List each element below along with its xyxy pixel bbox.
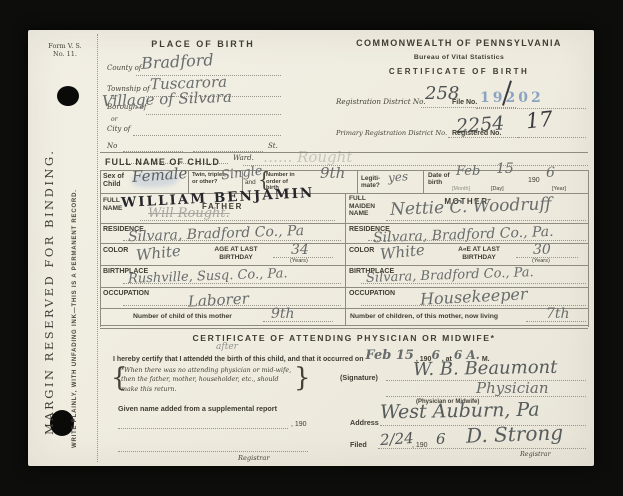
father-age-value: 34 bbox=[291, 242, 309, 258]
father-occupation-label: OCCUPATION bbox=[103, 290, 149, 298]
day-bracket-label: [Day] bbox=[491, 186, 504, 192]
bureau-subtitle: Bureau of Vital Statistics bbox=[328, 54, 590, 62]
grid-rule-7 bbox=[100, 308, 588, 309]
punch-hole-top bbox=[57, 86, 79, 106]
grid-right-border bbox=[588, 170, 589, 327]
grid-bottom-rule-a bbox=[100, 325, 588, 326]
registered-no-label: Registered No. bbox=[452, 130, 501, 138]
physician-signature-value: W. B. Beaumont bbox=[413, 357, 558, 381]
father-age-label: AGE AT LAST BIRTHDAY bbox=[203, 246, 269, 261]
sex-row-divider-3 bbox=[357, 170, 358, 193]
registered-no-line bbox=[518, 137, 586, 138]
father-age-line bbox=[273, 257, 333, 258]
ward-label: Ward. bbox=[233, 154, 254, 162]
father-color-label: COLOR bbox=[103, 247, 128, 255]
father-residence-value: Silvara, Bradford Co., Pa bbox=[128, 223, 305, 245]
street-no-label: No bbox=[107, 142, 117, 150]
child-number-line bbox=[263, 321, 333, 322]
supplemental-year-printed: , 190 bbox=[291, 421, 307, 429]
father-mother-divider bbox=[345, 193, 346, 325]
sex-row-divider-4 bbox=[423, 170, 424, 193]
photo-backdrop: Form V. S. No. 11. MARGIN RESERVED FOR B… bbox=[0, 0, 623, 496]
binding-margin-text: MARGIN RESERVED FOR BINDING. bbox=[42, 149, 56, 435]
children-living-line bbox=[526, 321, 586, 322]
physician-title-value: Physician bbox=[476, 379, 549, 397]
father-name-line bbox=[140, 220, 335, 221]
form-number: Form V. S. No. 11. bbox=[36, 42, 94, 59]
children-living-label: Number of children, of this mother, now … bbox=[350, 313, 498, 321]
mother-years-label: (Years) bbox=[532, 258, 550, 264]
footnote-brace-right: } bbox=[294, 363, 311, 393]
county-value: Bradford bbox=[141, 50, 215, 73]
occurred-date-value: Feb 15 bbox=[365, 348, 414, 363]
form-number-line1: Form V. S. bbox=[36, 42, 94, 50]
father-years-label: (Years) bbox=[290, 258, 308, 264]
physician-certificate-title: CERTIFICATE OF ATTENDING PHYSICIAN OR MI… bbox=[100, 334, 588, 344]
write-plainly-text: WRITE PLAINLY, WITH UNFADING INK—THIS IS… bbox=[72, 189, 78, 448]
mother-maiden-label: FULL MAIDEN NAME bbox=[349, 195, 379, 218]
footnote-text: *When there was no attending physician o… bbox=[121, 366, 293, 394]
mother-residence-line bbox=[368, 240, 586, 241]
filed-line bbox=[378, 448, 586, 449]
father-birthplace-line bbox=[123, 283, 341, 284]
dob-month-value: Feb bbox=[456, 164, 480, 179]
insertion-caret: ^ bbox=[206, 356, 209, 363]
address-label: Address bbox=[350, 419, 379, 427]
order-value: 9th bbox=[320, 164, 345, 182]
address-value: West Auburn, Pa bbox=[380, 399, 540, 424]
registrar-left-line bbox=[118, 451, 308, 452]
certify-text: I hereby certify that I attended the bir… bbox=[113, 356, 363, 363]
borough-line bbox=[146, 114, 281, 115]
supplemental-report-label: Given name added from a supplemental rep… bbox=[118, 405, 277, 413]
form-number-line2: No. 11. bbox=[36, 50, 94, 58]
father-residence-line bbox=[123, 240, 341, 241]
father-occupation-value: Laborer bbox=[188, 289, 250, 310]
grid-left-border bbox=[100, 170, 101, 327]
registration-district-label: Registration District No. bbox=[336, 97, 426, 106]
child-number-value: 9th bbox=[271, 306, 295, 322]
father-color-value: White bbox=[135, 242, 181, 265]
primary-registration-label: Primary Registration District No. bbox=[336, 129, 447, 137]
file-no-stamp: 19202 bbox=[480, 90, 544, 106]
mother-birthplace-line bbox=[361, 283, 586, 284]
or-label-2: or bbox=[111, 116, 117, 123]
mother-age-line bbox=[516, 257, 578, 258]
dob-year-printed: 190 bbox=[528, 177, 540, 185]
child-name-line bbox=[243, 165, 588, 166]
mother-name-line bbox=[386, 220, 586, 221]
sex-row-divider-1 bbox=[188, 170, 189, 193]
registrar-label-left: Registrar bbox=[238, 454, 269, 462]
registrar-label-right: Registrar bbox=[520, 450, 551, 458]
mother-age-value: 30 bbox=[533, 242, 551, 258]
county-label: County of bbox=[107, 64, 141, 72]
mother-color-value: White bbox=[379, 241, 425, 264]
commonwealth-title: COMMONWEALTH OF PENNSYLVANIA bbox=[328, 38, 590, 48]
filed-label: Filed bbox=[350, 441, 367, 449]
and-label: and bbox=[245, 179, 256, 186]
mother-age-label: A«E AT LAST BIRTHDAY bbox=[446, 246, 512, 261]
birth-certificate-page: Form V. S. No. 11. MARGIN RESERVED FOR B… bbox=[28, 30, 594, 466]
legitimate-label: Legiti- mate? bbox=[361, 175, 387, 190]
sex-label: Sex of Child bbox=[103, 173, 133, 189]
dob-label: Date of birth bbox=[428, 172, 458, 187]
legitimate-value: yes bbox=[387, 169, 408, 185]
father-occupation-line bbox=[123, 305, 341, 306]
children-living-value: 7th bbox=[546, 306, 570, 322]
mother-occupation-label: OCCUPATION bbox=[349, 290, 395, 298]
place-of-birth-title: PLACE OF BIRTH bbox=[118, 39, 288, 49]
year-bracket-label: [Year] bbox=[552, 186, 566, 192]
registered-no-value: 17 bbox=[525, 107, 554, 134]
supplemental-date-line bbox=[118, 428, 288, 429]
signature-label: (Signature) bbox=[340, 374, 378, 382]
sex-value: Female bbox=[131, 164, 187, 186]
file-no-label: File No. bbox=[452, 99, 477, 107]
registrar-signature-value: D. Strong bbox=[466, 420, 564, 447]
filed-year-value: 6 bbox=[436, 430, 446, 448]
physician-line bbox=[386, 396, 586, 397]
mother-maiden-value: Nettie C. Woodruff bbox=[390, 194, 552, 220]
month-bracket-label: [Month] bbox=[452, 186, 470, 192]
grid-bottom-rule-b bbox=[100, 328, 588, 329]
father-full-name-label: FULL NAME bbox=[103, 197, 129, 212]
child-number-label: Number of child of this mother bbox=[133, 313, 232, 321]
certificate-of-birth-title: CERTIFICATE OF BIRTH bbox=[328, 67, 590, 76]
city-label: City of bbox=[107, 125, 130, 133]
filed-date-value: 2/24 bbox=[379, 429, 414, 449]
dob-year-value: 6 bbox=[546, 165, 555, 181]
village-value: Village of Silvara bbox=[102, 88, 232, 111]
mother-color-label: COLOR bbox=[349, 247, 374, 255]
father-full-name-value: Will Rought. bbox=[148, 206, 230, 221]
dob-day-value: 15 bbox=[496, 161, 514, 177]
city-line bbox=[133, 135, 281, 136]
grid-rule-3 bbox=[100, 223, 588, 224]
twin-value: Single bbox=[220, 164, 263, 184]
margin-divider bbox=[97, 34, 98, 462]
